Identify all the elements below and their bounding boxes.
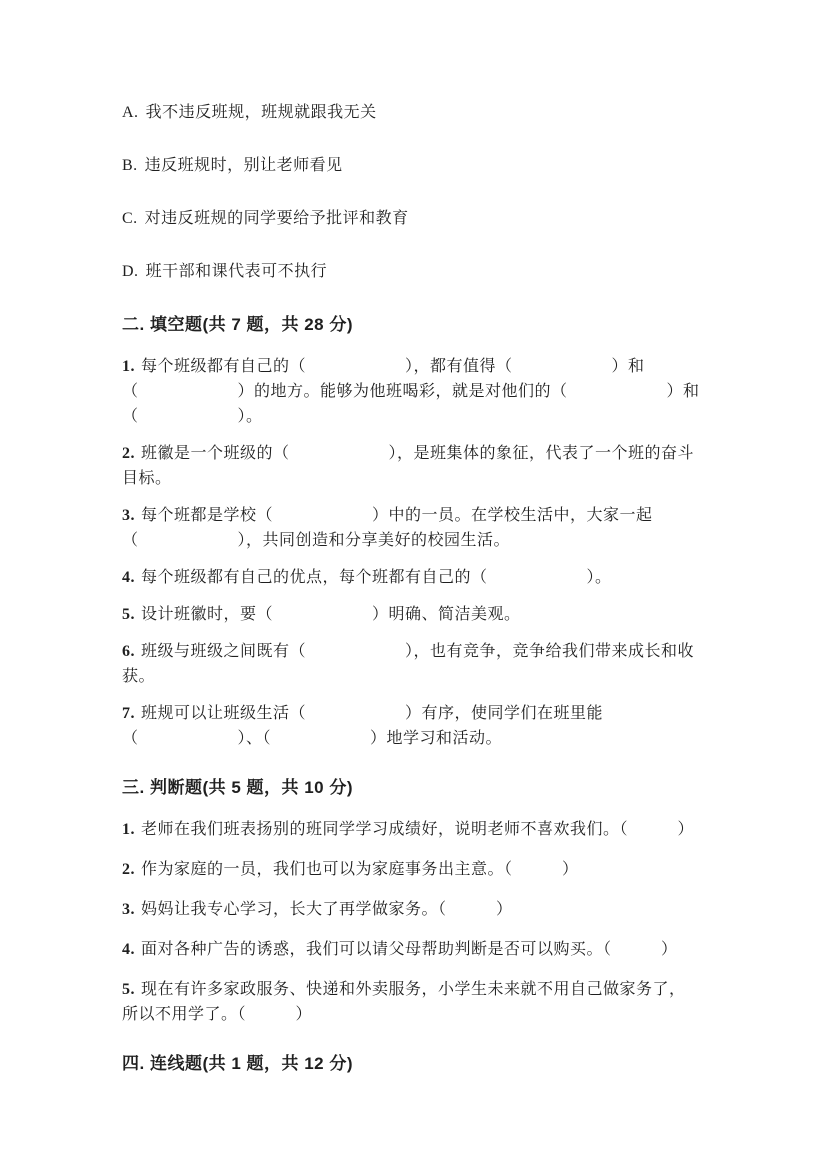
question-number: 4. bbox=[122, 941, 135, 958]
question-text: 作为家庭的一员，我们也可以为家庭事务出主意。（ ） bbox=[141, 861, 579, 878]
fill-question-1: 1.每个班级都有自己的（ ），都有值得（ ）和 （ ）的地方。能够为他班喝彩，就… bbox=[122, 354, 720, 429]
question-text: 每个班都是学校（ ）中的一员。在学校生活中，大家一起 （ ），共同创造和分享美好… bbox=[122, 507, 653, 549]
section-true-false: 三. 判断题(共 5 题，共 10 分) 1.老师在我们班表扬别的班同学学习成绩… bbox=[122, 775, 720, 1027]
question-number: 3. bbox=[122, 507, 135, 524]
question-text: 班规可以让班级生活（ ）有序，使同学们在班里能 （ ）、（ ）地学习和活动。 bbox=[122, 705, 603, 747]
worksheet-page: A.我不违反班规，班规就跟我无关 B.违反班规时，别让老师看见 C.对违反班规的… bbox=[0, 0, 827, 1169]
choice-option-d: D.班干部和课代表可不执行 bbox=[122, 259, 720, 284]
question-text: 老师在我们班表扬别的班同学学习成绩好，说明老师不喜欢我们。（ ） bbox=[141, 821, 694, 838]
choice-option-b-text: 违反班规时，别让老师看见 bbox=[145, 157, 343, 174]
question-text: 每个班级都有自己的（ ），都有值得（ ）和 （ ）的地方。能够为他班喝彩，就是对… bbox=[122, 358, 700, 425]
fill-question-2: 2.班徽是一个班级的（ ），是班集体的象征，代表了一个班的奋斗 目标。 bbox=[122, 441, 720, 491]
choice-option-c-label: C. bbox=[122, 210, 138, 227]
question-number: 5. bbox=[122, 981, 135, 998]
question-number: 2. bbox=[122, 861, 135, 878]
judge-question-2: 2.作为家庭的一员，我们也可以为家庭事务出主意。（ ） bbox=[122, 857, 720, 882]
fill-question-3: 3.每个班都是学校（ ）中的一员。在学校生活中，大家一起 （ ），共同创造和分享… bbox=[122, 503, 720, 553]
choice-option-c: C.对违反班规的同学要给予批评和教育 bbox=[122, 206, 720, 231]
fill-question-4: 4.每个班级都有自己的优点，每个班都有自己的（ ）。 bbox=[122, 565, 720, 590]
section-fill-in-blank: 二. 填空题(共 7 题，共 28 分) 1.每个班级都有自己的（ ），都有值得… bbox=[122, 312, 720, 751]
fill-question-7: 7.班规可以让班级生活（ ）有序，使同学们在班里能 （ ）、（ ）地学习和活动。 bbox=[122, 701, 720, 751]
section-matching: 四. 连线题(共 1 题，共 12 分) bbox=[122, 1051, 720, 1077]
question-number: 5. bbox=[122, 606, 135, 623]
question-text: 现在有许多家政服务、快递和外卖服务，小学生未来就不用自己做家务了， 所以不用学了… bbox=[122, 981, 686, 1023]
worksheet-content: A.我不违反班规，班规就跟我无关 B.违反班规时，别让老师看见 C.对违反班规的… bbox=[122, 100, 720, 1093]
question-number: 7. bbox=[122, 705, 135, 722]
question-number: 6. bbox=[122, 643, 135, 660]
fill-question-6: 6.班级与班级之间既有（ ），也有竞争，竞争给我们带来成长和收 获。 bbox=[122, 639, 720, 689]
section-title-fill-in-blank: 二. 填空题(共 7 题，共 28 分) bbox=[122, 312, 720, 338]
judge-question-3: 3.妈妈让我专心学习，长大了再学做家务。（ ） bbox=[122, 897, 720, 922]
question-text: 班级与班级之间既有（ ），也有竞争，竞争给我们带来成长和收 获。 bbox=[122, 643, 694, 685]
question-number: 1. bbox=[122, 821, 135, 838]
question-text: 班徽是一个班级的（ ），是班集体的象征，代表了一个班的奋斗 目标。 bbox=[122, 445, 694, 487]
choice-option-d-text: 班干部和课代表可不执行 bbox=[146, 263, 328, 280]
judge-question-4: 4.面对各种广告的诱惑，我们可以请父母帮助判断是否可以购买。（ ） bbox=[122, 937, 720, 962]
choice-option-d-label: D. bbox=[122, 263, 139, 280]
question-text: 每个班级都有自己的优点，每个班都有自己的（ ）。 bbox=[141, 569, 612, 586]
choice-option-a: A.我不违反班规，班规就跟我无关 bbox=[122, 100, 720, 125]
question-text: 妈妈让我专心学习，长大了再学做家务。（ ） bbox=[141, 901, 513, 918]
judge-question-5: 5.现在有许多家政服务、快递和外卖服务，小学生未来就不用自己做家务了， 所以不用… bbox=[122, 977, 720, 1027]
choice-option-a-text: 我不违反班规，班规就跟我无关 bbox=[146, 104, 377, 121]
section-title-true-false: 三. 判断题(共 5 题，共 10 分) bbox=[122, 775, 720, 801]
question-text: 面对各种广告的诱惑，我们可以请父母帮助判断是否可以购买。（ ） bbox=[141, 941, 678, 958]
question-number: 1. bbox=[122, 358, 135, 375]
question-text: 设计班徽时，要（ ）明确、简洁美观。 bbox=[141, 606, 521, 623]
question-number: 4. bbox=[122, 569, 135, 586]
judge-question-1: 1.老师在我们班表扬别的班同学学习成绩好，说明老师不喜欢我们。（ ） bbox=[122, 817, 720, 842]
choice-option-b-label: B. bbox=[122, 157, 138, 174]
section-title-matching: 四. 连线题(共 1 题，共 12 分) bbox=[122, 1051, 720, 1077]
choice-option-b: B.违反班规时，别让老师看见 bbox=[122, 153, 720, 178]
question-number: 2. bbox=[122, 445, 135, 462]
choice-option-a-label: A. bbox=[122, 104, 139, 121]
fill-question-5: 5.设计班徽时，要（ ）明确、简洁美观。 bbox=[122, 602, 720, 627]
choice-option-c-text: 对违反班规的同学要给予批评和教育 bbox=[145, 210, 409, 227]
question-number: 3. bbox=[122, 901, 135, 918]
